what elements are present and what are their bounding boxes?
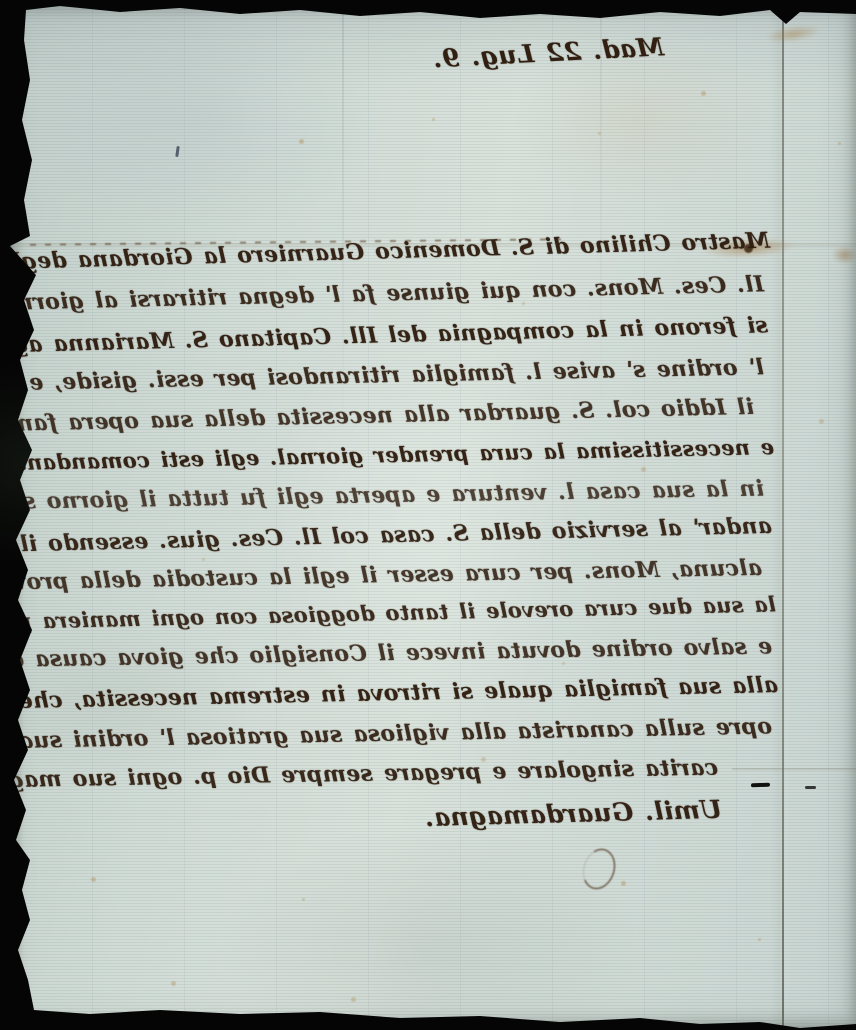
manuscript-line-text: l' ordine s' avise l. famiglia ritirando… bbox=[24, 354, 764, 395]
signature: Umil. Guardamagna. bbox=[350, 795, 723, 834]
header-date-text: Mad. 22 Lug. 9. bbox=[367, 32, 664, 76]
scanner-background: Mad. 22 Lug. 9. Mastro Chilino di S. Dom… bbox=[0, 0, 856, 1030]
stain-top-right bbox=[763, 22, 823, 46]
manuscript-line-text: Il. Ces. Mons. con qui giunse fa l' degn… bbox=[50, 271, 764, 314]
foxing-spots bbox=[0, 0, 3, 3]
vertical-fold-crease bbox=[782, 14, 784, 1026]
manuscript-line-text: carita singolare e pregare sempre Dio p.… bbox=[98, 755, 718, 792]
ink-flourish-loop bbox=[577, 844, 620, 894]
manuscript-line-text: alla sua famiglia quale si ritrova in es… bbox=[18, 672, 778, 714]
manuscript-line-text: Mastro Chilino di S. Domenico Guarniero … bbox=[26, 228, 770, 275]
manuscript-line: Il. Ces. Mons. con qui giunse fa l' degn… bbox=[50, 271, 764, 314]
manuscript-line: l' ordine s' avise l. famiglia ritirando… bbox=[24, 354, 764, 395]
manuscript-line: alla sua famiglia quale si ritrova in es… bbox=[18, 672, 778, 714]
manuscript-line: opre sulla canarista alla vigliosa sua g… bbox=[86, 713, 772, 752]
manuscript-line: e necessitissima la cura prender giornal… bbox=[20, 434, 774, 475]
manuscript-line: e salvo ordine dovuta invece il Consigli… bbox=[18, 633, 772, 672]
manuscript-line-text: opre sulla canarista alla vigliosa sua g… bbox=[86, 713, 772, 752]
manuscript-line: si ferono in la compagnia del Ill. Capit… bbox=[28, 312, 768, 357]
manuscript-line-text: e salvo ordine dovuta invece il Consigli… bbox=[18, 633, 772, 672]
manuscript-line: in la sua casa l. ventura e aperta egli … bbox=[30, 476, 764, 515]
header-date: Mad. 22 Lug. 9. bbox=[367, 32, 664, 76]
ink-dash-mark bbox=[805, 786, 816, 789]
manuscript-line: carita singolare e pregare sempre Dio p.… bbox=[98, 755, 718, 792]
ink-fleck bbox=[175, 146, 180, 157]
manuscript-line-text: andar' al servizio della S. casa col Il.… bbox=[24, 513, 772, 557]
signature-text: Umil. Guardamagna. bbox=[350, 795, 723, 834]
manuscript-line: andar' al servizio della S. casa col Il.… bbox=[24, 513, 772, 557]
horizontal-crease-right bbox=[732, 768, 856, 771]
manuscript-line: Mastro Chilino di S. Domenico Guarniero … bbox=[26, 228, 770, 275]
manuscript-line-text: si ferono in la compagnia del Ill. Capit… bbox=[28, 312, 768, 357]
manuscript-line-text: il Iddio col. S. guardar alla necessita … bbox=[40, 394, 754, 436]
manuscript-line: la sua due cura orevole il tanto doggios… bbox=[20, 591, 776, 633]
manuscript-line-text: la sua due cura orevole il tanto doggios… bbox=[20, 591, 776, 633]
manuscript-line: il Iddio col. S. guardar alla necessita … bbox=[40, 394, 754, 436]
manuscript-line-text: e necessitissima la cura prender giornal… bbox=[20, 434, 774, 475]
manuscript-line-text: in la sua casa l. ventura e aperta egli … bbox=[30, 476, 764, 515]
manuscript-line: alcuna, Mons. per cura esser il egli la … bbox=[18, 555, 762, 595]
ink-dash-mark bbox=[751, 783, 770, 788]
manuscript-line-text: alcuna, Mons. per cura esser il egli la … bbox=[18, 555, 762, 595]
manuscript-page: Mad. 22 Lug. 9. Mastro Chilino di S. Dom… bbox=[0, 0, 856, 1030]
